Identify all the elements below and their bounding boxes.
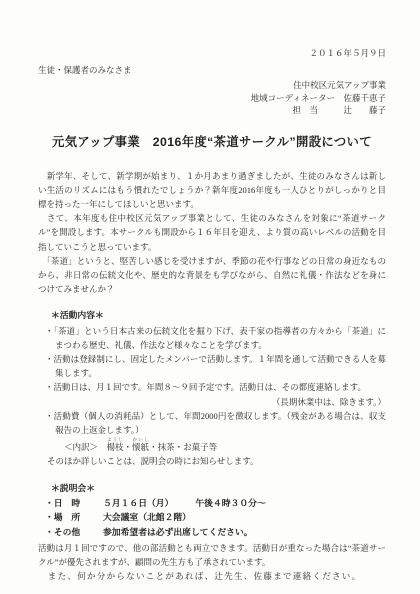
activity-bullet-2: ・活動は登録制にし、固定したメンバーで活動します。１年間を通して活動できる人を募… <box>45 352 386 380</box>
row-value-other: 参加希望者は必ず出席してください。 <box>103 525 386 540</box>
uchiwake-rest: ・抹茶・お菓子等 <box>149 442 217 452</box>
uchiwake-separator: ・ <box>124 442 133 452</box>
intro-paragraph-2: さて、本年度も住中校区元気アップ事業として、生徒のみなさんを対象に“茶道サークル… <box>38 211 386 254</box>
briefing-note-2: また、何か分からないことがあれば、辻先生、佐藤まで連絡ください。 <box>38 569 386 583</box>
briefing-row-place: ・場 所 大会議室（北館２階） <box>45 510 386 525</box>
briefing-note-1: 活動は月１回ですので、他の部活動とも両立できます。活動日が重なった場合は“茶道サ… <box>38 541 386 569</box>
briefing-notes: 活動は月１回ですので、他の部活動とも両立できます。活動日が重なった場合は“茶道サ… <box>38 541 386 584</box>
uchiwake-item-kaishi: 懐紙かいし <box>132 442 149 452</box>
intro-paragraph-3: 「茶道」というと、堅苦しい感じを受けますが、季節の花や行事などの日常の身近なもの… <box>38 254 386 297</box>
row-value-datetime: ５月１６日（月） 午後４時３０分～ <box>103 496 386 511</box>
briefing-row-datetime: ・日 時 ５月１６日（月） 午後４時３０分～ <box>45 496 386 511</box>
document-title: 元気アップ事業 2016年度“茶道サークル”開設について <box>38 134 386 150</box>
row-label-other: ・その他 <box>45 525 103 540</box>
row-label-datetime: ・日 時 <box>45 496 103 511</box>
uchiwake-item-youji: 楊枝ようじ <box>107 442 124 452</box>
activity-section: ＊活動内容＊ ・「茶道」という日本古来の伝統文化を掘り下げ、表千家の指導者の方々… <box>38 308 386 468</box>
briefing-section: ＊説明会＊ ・日 時 ５月１６日（月） 午後４時３０分～ ・場 所 大会議室（北… <box>38 481 386 584</box>
activity-bullet-4: ・活動費（個人の消耗品）として、年間2000円を徴収します。（残金がある場合は、… <box>45 409 386 437</box>
row-label-place: ・場 所 <box>45 510 103 525</box>
briefing-rows: ・日 時 ５月１６日（月） 午後４時３０分～ ・場 所 大会議室（北館２階） ・… <box>38 496 386 540</box>
briefing-row-other: ・その他 参加希望者は必ず出席してください。 <box>45 525 386 540</box>
document-page: ２０１６年５月９日 生徒・保護者のみなさま 住中校区元気アップ事業 地域コーディ… <box>0 0 420 594</box>
long-break-note: （長期休業中は、除きます。） <box>38 395 386 409</box>
briefing-heading: ＊説明会＊ <box>51 481 386 495</box>
sender-block: 住中校区元気アップ事業 地域コーディネーター 佐藤千恵子 担 当 辻 藤子 <box>38 79 386 116</box>
sender-org: 住中校区元気アップ事業 <box>38 79 386 91</box>
uchiwake-prefix: ＜内訳＞ <box>64 442 107 452</box>
activity-bullet-1: ・「茶道」という日本古来の伝統文化を掘り下げ、表千家の指導者の方々から「茶道」に… <box>45 324 386 352</box>
row-value-place: 大会議室（北館２階） <box>103 510 386 525</box>
sender-contact: 担 当 辻 藤子 <box>38 104 386 116</box>
recipient-text: 生徒・保護者のみなさま <box>38 63 386 77</box>
intro-section: 新学年、そして、新学期が始まり、１か月あまり過ぎましたが、生徒のみなさんは新しい… <box>38 169 386 297</box>
sender-coordinator: 地域コーディネーター 佐藤千恵子 <box>38 92 386 104</box>
activity-heading: ＊活動内容＊ <box>51 308 386 322</box>
intro-paragraph-1: 新学年、そして、新学期が始まり、１か月あまり過ぎましたが、生徒のみなさんは新しい… <box>38 169 386 212</box>
activity-bullet-3: ・活動日は、月１回です。年間８～９回予定です。活動日は、その都度連絡します。 <box>45 380 386 394</box>
more-info-line: そのほか詳しいことは、説明会の時にお知らせします。 <box>47 454 386 468</box>
date-text: ２０１６年５月９日 <box>38 46 386 60</box>
uchiwake-line: ＜内訳＞ 楊枝ようじ・懐紙かいし・抹茶・お菓子等 <box>64 437 386 454</box>
